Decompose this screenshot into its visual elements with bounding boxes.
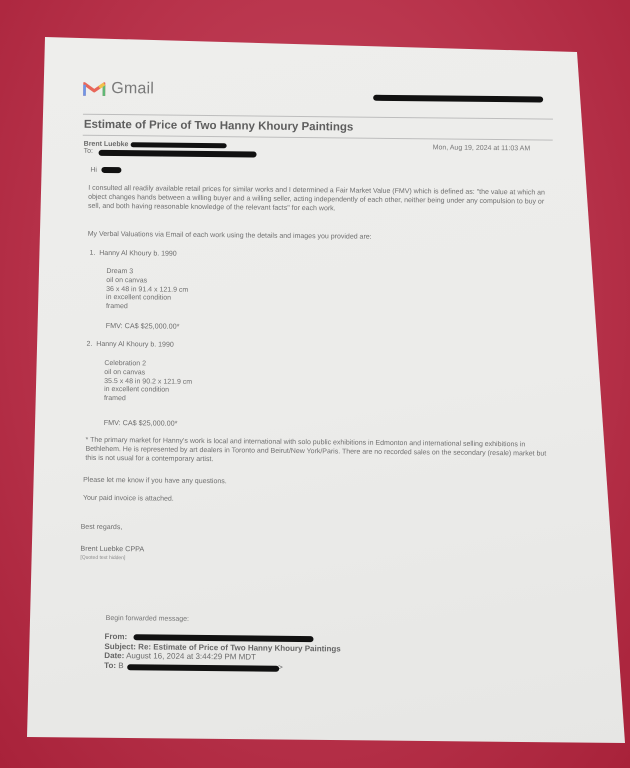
- redacted-account-email: [373, 95, 543, 103]
- work-2-heading: 2. Hanny Al Khoury b. 1990: [87, 341, 174, 349]
- work-2-framing: framed: [104, 395, 192, 405]
- subject-divider: [83, 135, 553, 141]
- redacted-sender-email: [131, 142, 227, 148]
- gmail-logo: Gmail: [83, 80, 154, 99]
- to-label: To:: [84, 148, 93, 155]
- gmail-m-icon: [83, 81, 105, 97]
- fwd-date-value: August 16, 2024 at 3:44:29 PM MDT: [126, 651, 256, 661]
- fwd-to-prefix: B: [118, 661, 123, 670]
- email-subject: Estimate of Price of Two Hanny Khoury Pa…: [84, 119, 354, 134]
- intro-paragraph: I consulted all readily available retail…: [88, 184, 556, 217]
- closing: Best regards,: [81, 524, 123, 531]
- work-2-artist: Hanny Al Khoury b. 1990: [96, 341, 174, 349]
- invoice-line: Your paid invoice is attached.: [83, 495, 174, 503]
- redacted-recipient: [99, 150, 257, 158]
- work-1-fmv: FMV: CA$ $25,000.00*: [106, 321, 180, 331]
- greeting-text: Hi: [90, 167, 97, 174]
- signature: Brent Luebke CPPA: [80, 544, 144, 554]
- greeting: Hi: [90, 166, 97, 175]
- market-footnote: * The primary market for Hanny's work is…: [85, 436, 555, 468]
- work-2-fmv: FMV: CA$ $25,000.00*: [104, 418, 178, 428]
- email-printout: Gmail Estimate of Price of Two Hanny Kho…: [0, 0, 630, 768]
- work-1-framing: framed: [106, 303, 188, 313]
- fwd-date-label: Date:: [104, 651, 124, 660]
- work-1-details: Dream 3 oil on canvas 36 x 48 in 91.4 x …: [106, 268, 189, 313]
- forwarded-label: Begin forwarded message:: [106, 615, 189, 623]
- work-2-number: 2.: [87, 341, 93, 348]
- quoted-text-hidden[interactable]: [Quoted text hidden]: [80, 555, 125, 561]
- fwd-subject-label: Subject:: [104, 642, 136, 651]
- work-1-heading: 1. Hanny Al Khoury b. 1990: [89, 250, 176, 258]
- questions-line: Please let me know if you have any quest…: [83, 477, 227, 486]
- redacted-recipient-name: [101, 167, 121, 173]
- gmail-wordmark: Gmail: [111, 80, 154, 98]
- valuations-intro: My Verbal Valuations via Email of each w…: [88, 230, 372, 242]
- work-1-artist: Hanny Al Khoury b. 1990: [99, 250, 177, 258]
- work-2-details: Celebration 2 oil on canvas 35.5 x 48 in…: [104, 360, 192, 405]
- work-1-number: 1.: [89, 250, 95, 257]
- fwd-from-label: From:: [104, 632, 127, 641]
- work-2-medium: oil on canvas: [104, 369, 192, 379]
- fwd-to-label: To:: [104, 661, 116, 670]
- email-date: Mon, Aug 19, 2024 at 11:03 AM: [433, 144, 531, 152]
- work-1-medium: oil on canvas: [106, 277, 188, 287]
